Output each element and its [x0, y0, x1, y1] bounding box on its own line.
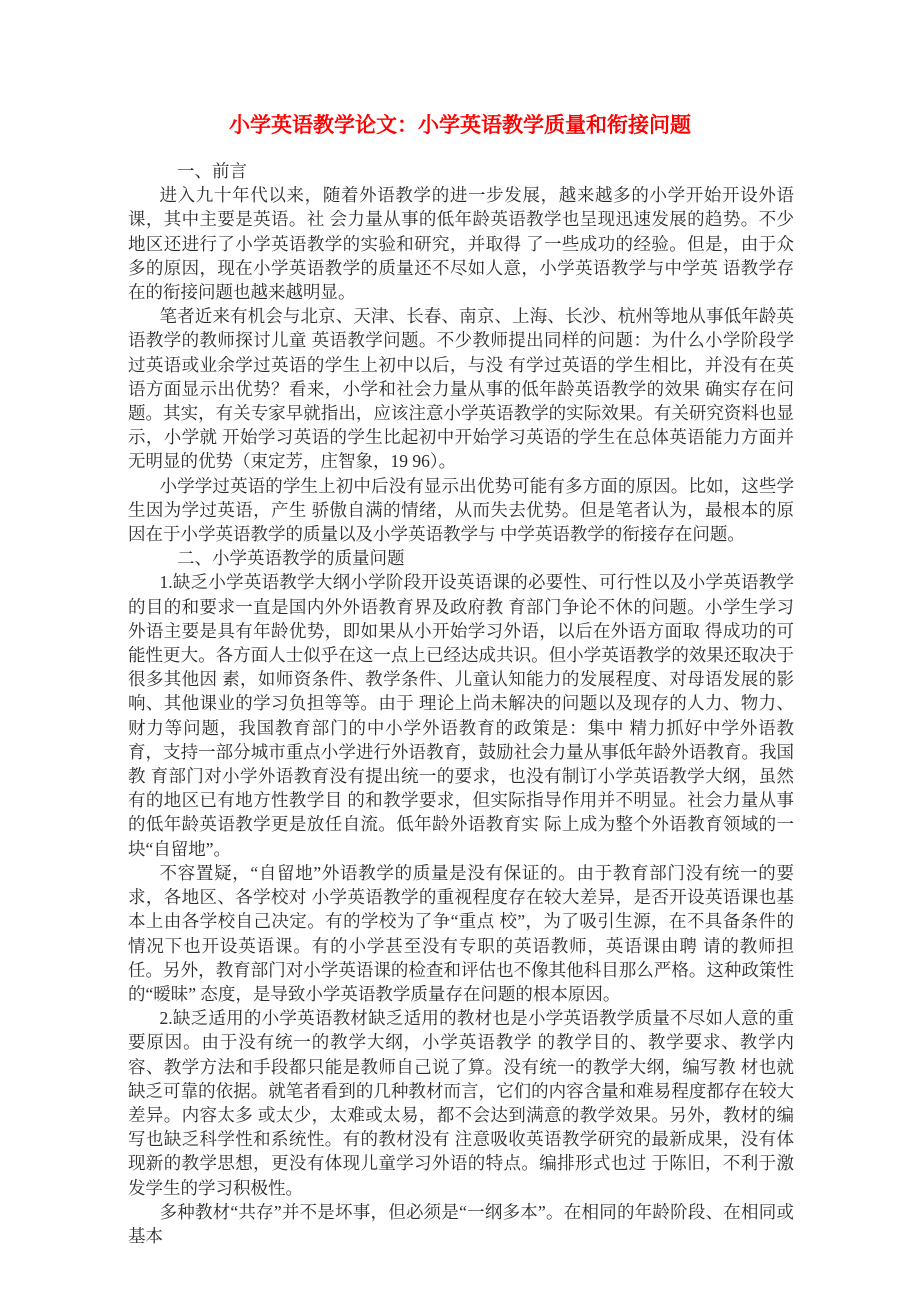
paragraph-quality-1-syllabus: 1.缺乏小学英语教学大纲小学阶段开设英语课的必要性、可行性以及小学英语教学的目的…: [128, 570, 794, 860]
paragraph-quality-3-textbooks: 2.缺乏适用的小学英语教材缺乏适用的教材也是小学英语教学质量不尽如人意的重要原因…: [128, 1006, 794, 1200]
document-body: 一、前言 进入九十年代以来，随着外语教学的进一步发展，越来越多的小学开始开设外语…: [128, 159, 794, 1248]
document-page: 小学英语教学论文：小学英语教学质量和衔接问题 一、前言 进入九十年代以来，随着外…: [0, 0, 920, 1302]
section-heading-quality: 二、小学英语教学的质量问题: [128, 546, 794, 570]
paragraph-quality-2-policy: 不容置疑，“自留地”外语教学的质量是没有保证的。由于教育部门没有统一的要求，各地…: [128, 861, 794, 1006]
section-heading-foreword: 一、前言: [128, 159, 794, 183]
document-title: 小学英语教学论文：小学英语教学质量和衔接问题: [0, 110, 920, 142]
paragraph-foreword-3: 小学学过英语的学生上初中后没有显示出优势可能有多方面的原因。比如，这些学生因为学…: [128, 474, 794, 547]
paragraph-foreword-1: 进入九十年代以来，随着外语教学的进一步发展，越来越多的小学开始开设外语课，其中主…: [128, 183, 794, 304]
paragraph-foreword-2: 笔者近来有机会与北京、天津、长春、南京、上海、长沙、杭州等地从事低年龄英语教学的…: [128, 304, 794, 473]
paragraph-quality-4-coexist: 多种教材“共存”并不是坏事，但必须是“一纲多本”。在相同的年龄阶段、在相同或基本: [128, 1200, 794, 1248]
